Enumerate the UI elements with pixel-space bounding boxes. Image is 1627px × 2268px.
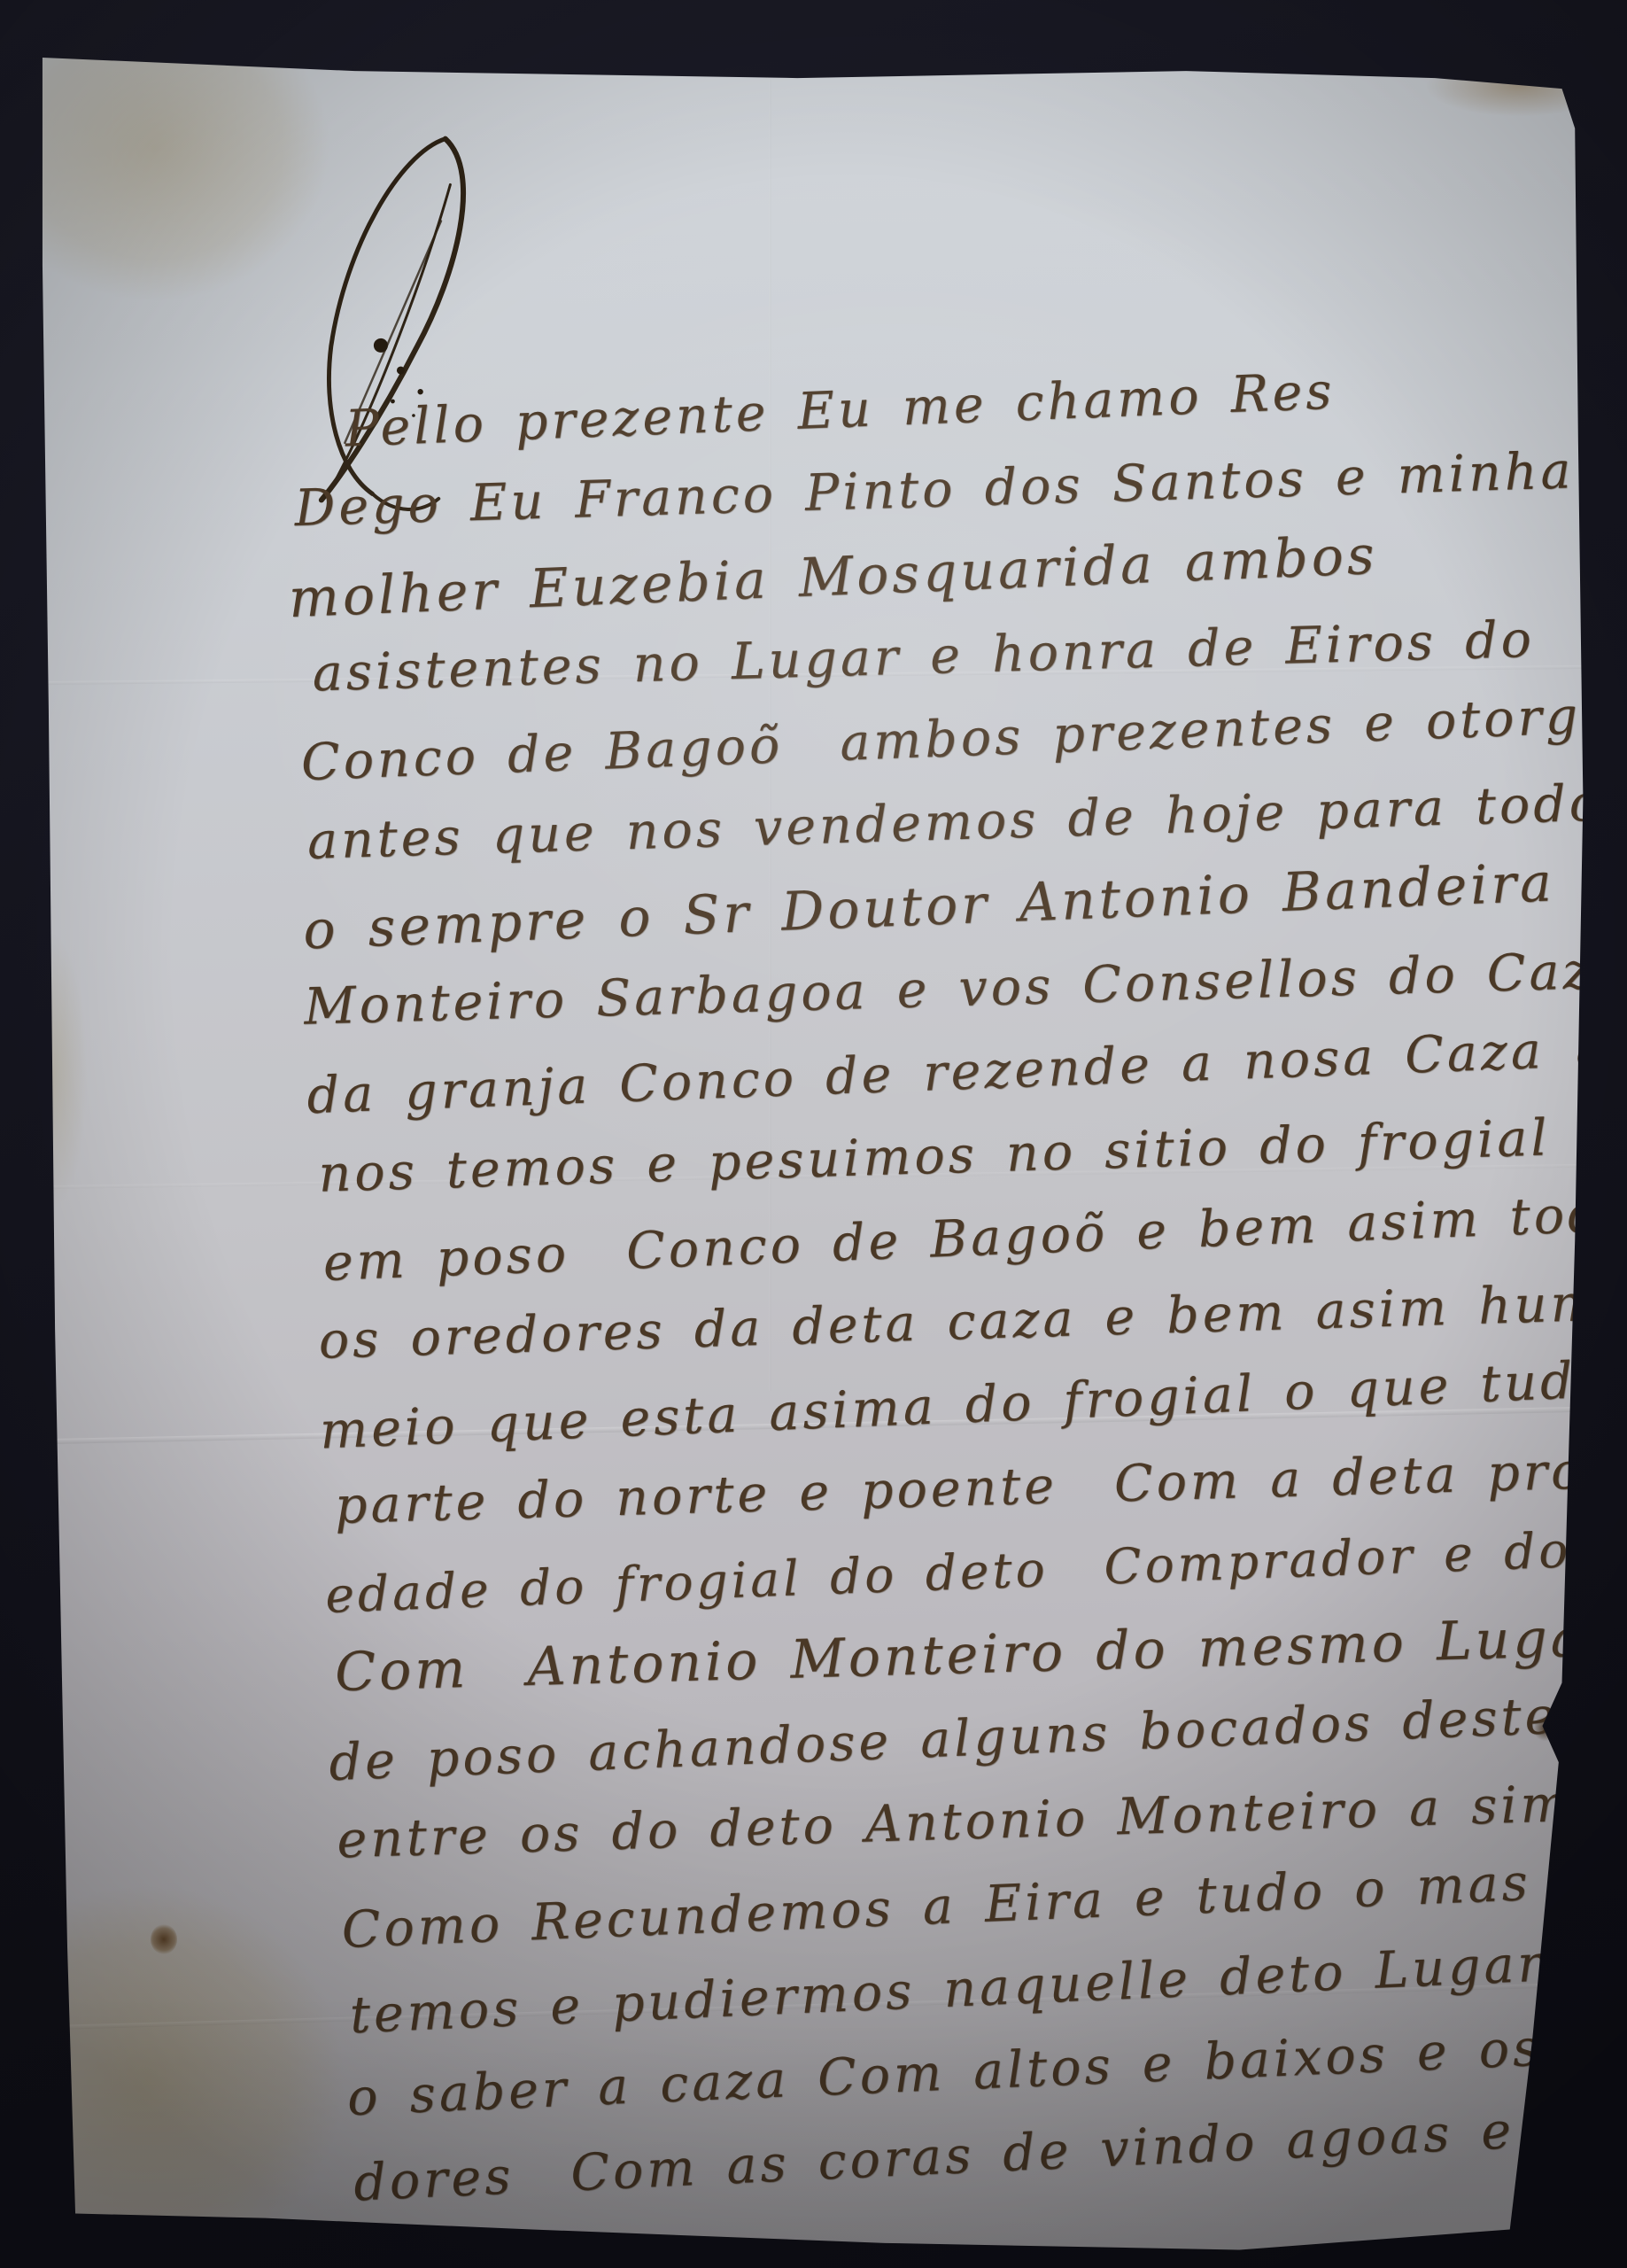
stain-left-middle (27, 886, 124, 1258)
handwritten-text: Pello prezente Eu me chamo Res Dego Eu F… (285, 343, 1627, 2218)
stain-dark-spot (151, 1924, 177, 1954)
stain-top-right-edge (1364, 62, 1585, 142)
photo-of-manuscript: Pello prezente Eu me chamo Res Dego Eu F… (0, 0, 1627, 2268)
manuscript-paper: Pello prezente Eu me chamo Res Dego Eu F… (0, 0, 1627, 2268)
